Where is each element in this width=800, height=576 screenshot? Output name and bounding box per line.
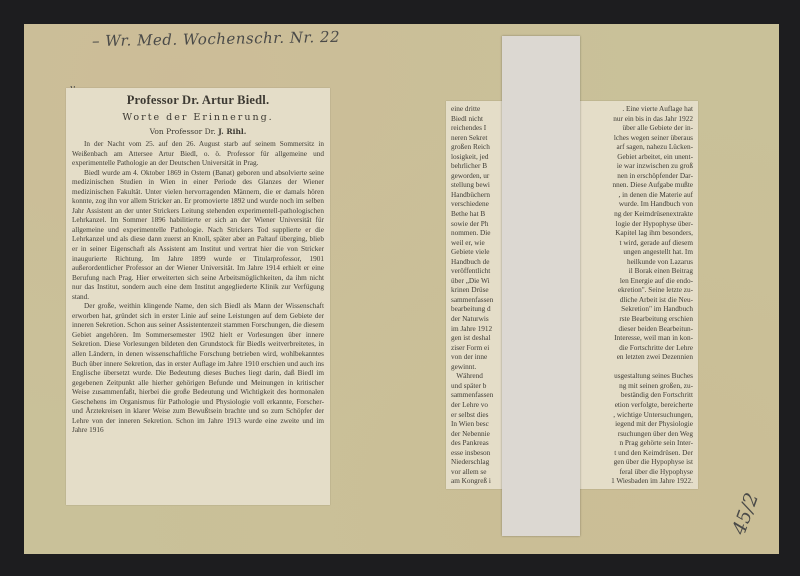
article-title: Professor Dr. Artur Biedl. [72,93,324,108]
text-line: arf sagen, nahezu Lücken- [574,143,693,153]
text-line: len Energie auf die endo- [574,277,693,287]
newspaper-clipping-left: Professor Dr. Artur Biedl. Worte der Eri… [66,88,330,505]
text-line: ie war inzwischen zu groß [574,162,693,172]
text-line: nur ein bis in das Jahr 1922 [574,115,693,125]
text-line: iegend mit der Physiologie [574,420,693,430]
text-line: , in denen die Materie auf [574,191,693,201]
text-line: usgestaltung seines Buches [574,372,693,382]
text-line: Sekretion" im Handbuch [574,305,693,315]
text-line: etion verfolgte, bereicherte [574,401,693,411]
text-line: über alle Gebiete der in- [574,124,693,134]
article-paragraph: Biedl wurde am 4. Oktober 1869 in Ostern… [72,169,324,303]
text-line: dliche Arbeit ist die Neu- [574,296,693,306]
text-line: 1 Wiesbaden im Jahre 1922. [574,477,693,487]
text-line: Interesse, weil man in kon- [574,334,693,344]
text-line: feral über die Hypophyse [574,468,693,478]
article-paragraph: In der Nacht vom 25. auf den 26. August … [72,140,324,169]
continuation-column-right: . Eine vierte Auflage hatnur ein bis in … [574,105,693,487]
text-line: lches wegen seiner überaus [574,134,693,144]
paper-overlay-strip [502,36,580,536]
text-line: ng der Keimdrüsenextrakte [574,210,693,220]
text-line: il Borak einen Beitrag [574,267,693,277]
text-line: ng mit seinen großen, zu- [574,382,693,392]
article-subtitle: Worte der Erinnerung. [72,112,324,123]
article-body: In der Nacht vom 25. auf den 26. August … [72,140,324,436]
text-line: die Fortschritte der Lehre [574,344,693,354]
text-line: logie der Hypophyse über- [574,220,693,230]
text-line: n Prag gehörte sein Inter- [574,439,693,449]
text-line: rste Bearbeitung erschien [574,315,693,325]
text-line [574,363,693,373]
article-paragraph: Der große, weithin klingende Name, den s… [72,302,324,436]
text-line: en letzten zwei Dezennien [574,353,693,363]
text-line: nen in erschöpfender Dar- [574,172,693,182]
text-line: beständig den Fortschritt [574,391,693,401]
text-line: ungen angestellt hat. Im [574,248,693,258]
text-line: nnen. Diese Aufgabe mußte [574,181,693,191]
text-line: t wird, gerade auf diesem [574,239,693,249]
text-line: . Eine vierte Auflage hat [574,105,693,115]
text-line: , wichtige Untersuchungen, [574,411,693,421]
byline-author: J. Rihl. [218,127,246,136]
text-line: Kapitel lag ihm besonders, [574,229,693,239]
text-line: rsuchungen über den Weg [574,430,693,440]
text-line: heilkunde von Lazarus [574,258,693,268]
text-line: gen über die Hypophyse ist [574,458,693,468]
byline-prefix: Von Professor Dr. [150,127,216,136]
text-line: Gebiet arbeitet, ein unent- [574,153,693,163]
text-line: t und den Keimdrüsen. Der [574,449,693,459]
text-line: ekretion". Seine letzte zu- [574,286,693,296]
text-line: dieser beiden Bearbeitun- [574,325,693,335]
text-line: wurde. Im Handbuch von [574,200,693,210]
article-byline: Von Professor Dr. J. Rihl. [72,127,324,136]
